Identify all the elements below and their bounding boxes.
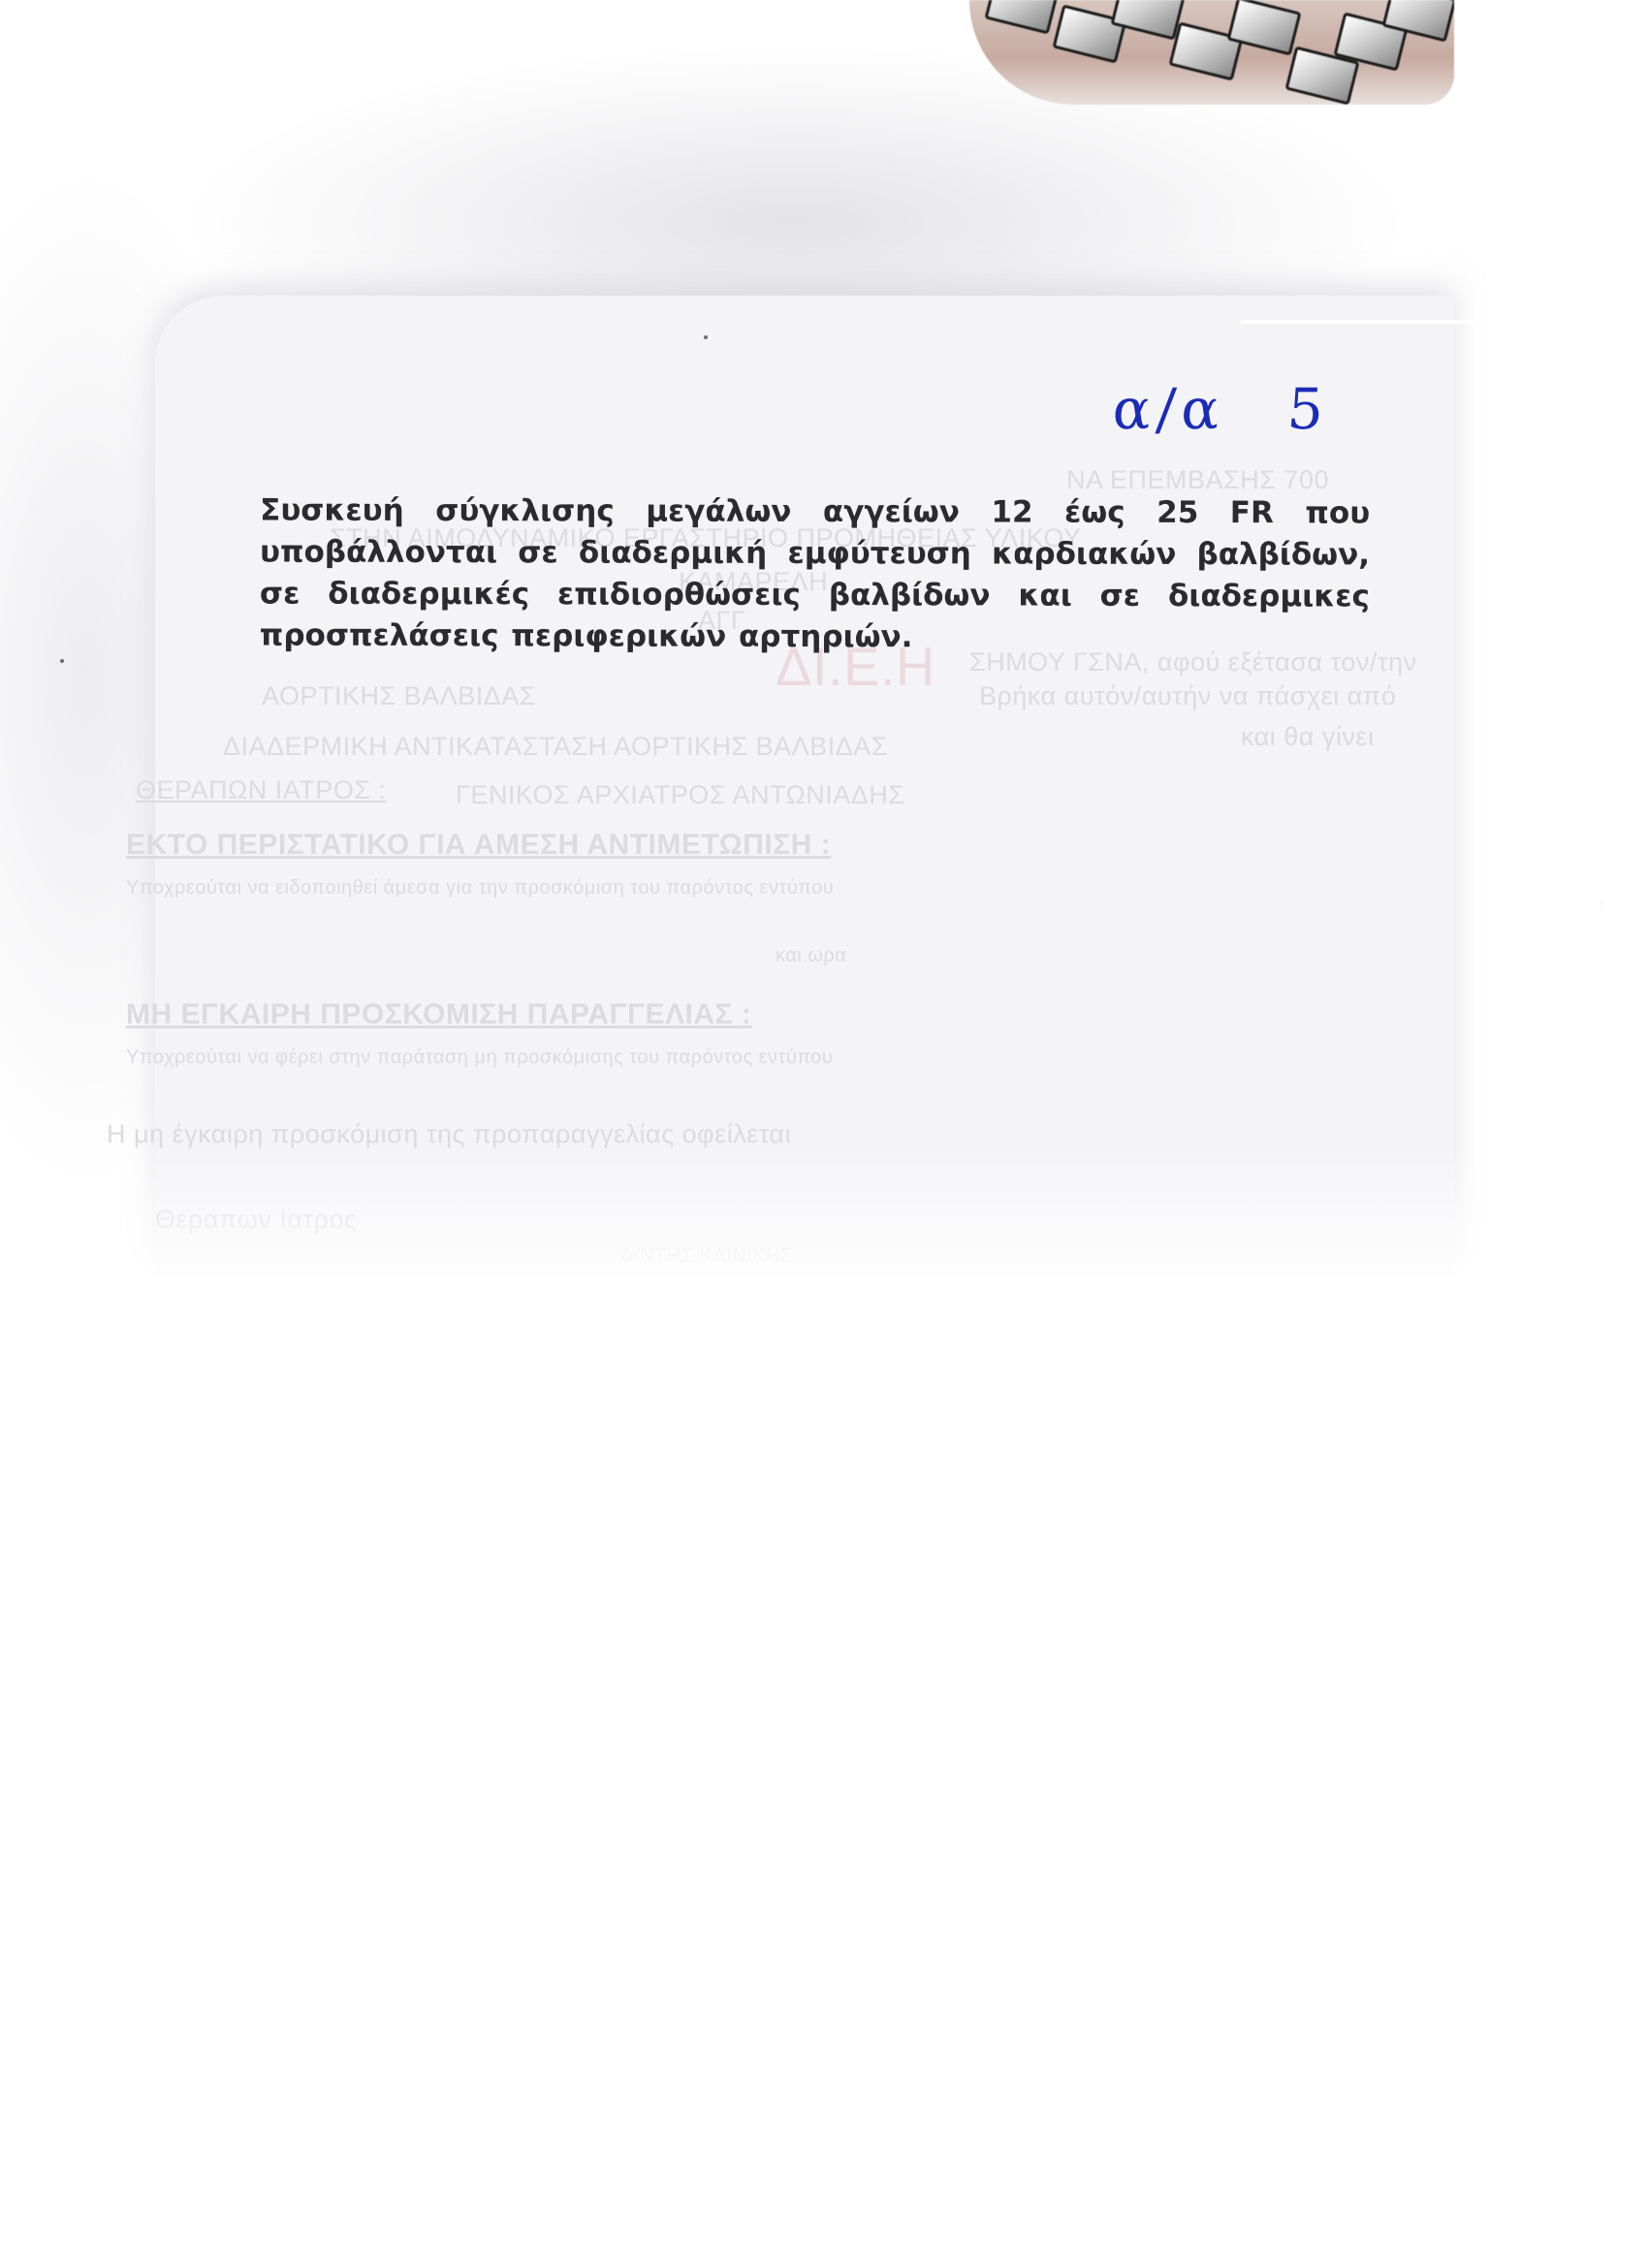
bleed-text: Βρήκα αυτόν/αυτήν να πάσχει από — [979, 681, 1396, 711]
bleed-text: Υποχρεούται να φέρει στην παράταση μη πρ… — [126, 1047, 833, 1069]
handwritten-annotation: α/α 5 — [1111, 376, 1332, 442]
bleed-text: και θα γίνει — [1241, 722, 1374, 752]
bleed-text: ΓΕΝΙΚΟΣ ΑΡΧΙΑΤΡΟΣ ΑΝΤΩΝΙΑΔΗΣ — [456, 780, 904, 810]
device-description-text: Συσκευή σύγκλισης μεγάλων αγγείων 12 έως… — [260, 490, 1370, 660]
paper-speck — [704, 335, 708, 339]
bleed-heading: ΕΚΤΟ ΠΕΡΙΣΤΑΤΙΚΟ ΓΙΑ ΑΜΕΣΗ ΑΝΤΙΜΕΤΩΠΙΣΗ … — [126, 829, 831, 862]
bleed-heading: ΜΗ ΕΓΚΑΙΡΗ ΠΡΟΣΚΟΜΙΣΗ ΠΑΡΑΓΓΕΛΙΑΣ : — [126, 998, 751, 1031]
bracelet-link — [984, 0, 1059, 35]
paper-speck — [60, 659, 64, 663]
bleed-text: ΘΕΡΑΠΩΝ ΙΑΤΡΟΣ : — [136, 775, 386, 805]
bleed-text: ΝΑ ΕΠΕΜΒΑΣΗΣ 700 — [1066, 465, 1329, 495]
bleed-text: Υποχρεούται να ειδοποιηθεί άμεσα για την… — [126, 877, 834, 899]
bleed-text: ΑΟΡΤΙΚΗΣ ΒΑΛΒΙΔΑΣ — [262, 681, 536, 711]
photo-fade-bottom — [0, 1144, 1648, 1308]
photo-fade-right — [1512, 116, 1648, 1299]
bleed-text: και ωρα — [776, 945, 846, 967]
bleed-text: ΔΙΑΔΕΡΜΙΚΗ ΑΝΤΙΚΑΤΑΣΤΑΣΗ ΑΟΡΤΙΚΗΣ ΒΑΛΒΙΔ… — [223, 732, 888, 762]
watch-bracelet-image — [969, 0, 1454, 105]
